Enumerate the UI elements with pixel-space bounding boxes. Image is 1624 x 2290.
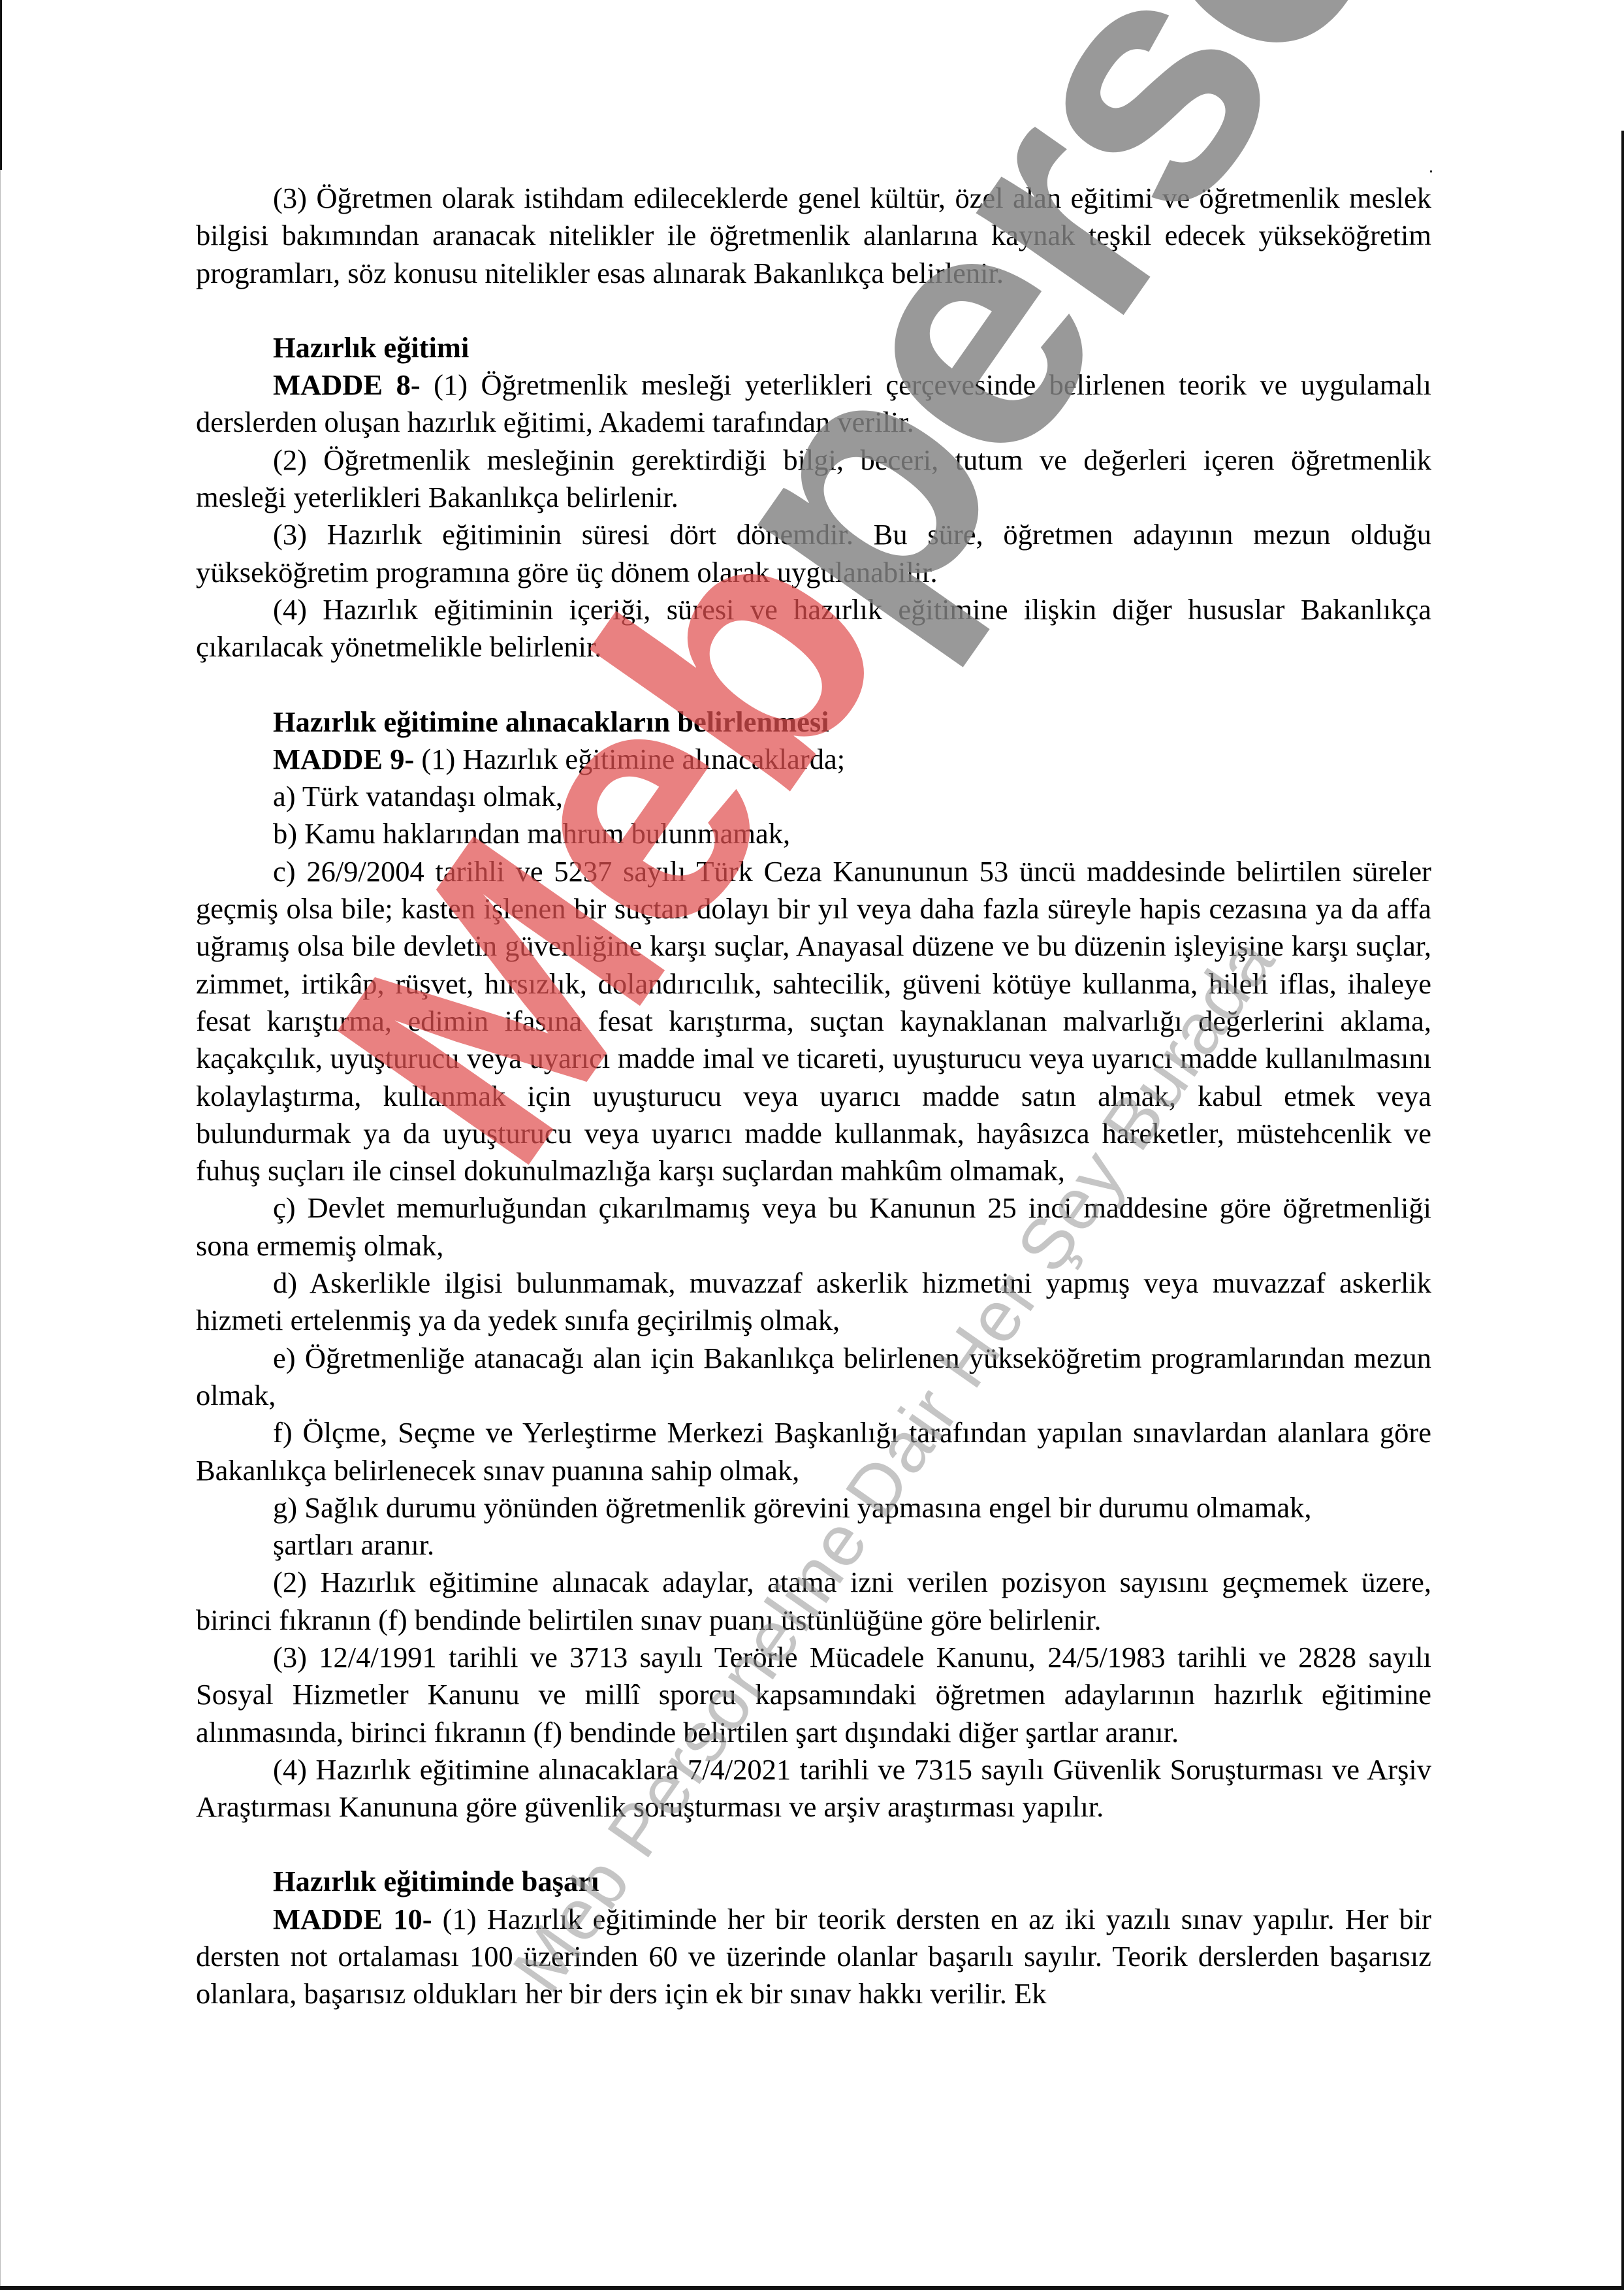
article-8-paragraph-1: MADDE 8- (1) Öğretmenlik mesleği yeterli… xyxy=(196,366,1431,442)
list-item-c: c) 26/9/2004 tarihli ve 5237 sayılı Türk… xyxy=(196,853,1431,1190)
document-body: (3) Öğretmen olarak istihdam edilecekler… xyxy=(196,180,1431,2013)
document-page: (3) Öğretmen olarak istihdam edilecekler… xyxy=(0,0,1624,2290)
list-item-f: f) Ölçme, Seçme ve Yerleştirme Merkezi B… xyxy=(196,1414,1431,1489)
article-9-paragraph-2: (2) Hazırlık eğitimine alınacak adaylar,… xyxy=(196,1564,1431,1639)
article-10-label: MADDE 10- xyxy=(273,1903,432,1935)
article-9-paragraph-4: (4) Hazırlık eğitimine alınacaklara 7/4/… xyxy=(196,1751,1431,1826)
article-8-paragraph-2: (2) Öğretmenlik mesleğinin gerektirdiği … xyxy=(196,442,1431,517)
scan-edge-left xyxy=(0,0,2,170)
article-10-heading: Hazırlık eğitiminde başarı xyxy=(196,1863,1431,1900)
list-item-g: g) Sağlık durumu yönünden öğretmenlik gö… xyxy=(196,1489,1431,1526)
article-8: Hazırlık eğitimi MADDE 8- (1) Öğretmenli… xyxy=(196,329,1431,666)
article-10-paragraph-1: MADDE 10- (1) Hazırlık eğitiminde her bi… xyxy=(196,1901,1431,2013)
list-closing: şartları aranır. xyxy=(196,1526,1431,1564)
scan-edge-left-thin xyxy=(0,170,1,2286)
article-9-text-1: (1) Hazırlık eğitimine alınacaklarda; xyxy=(421,743,845,775)
list-item-e: e) Öğretmenliğe atanacağı alan için Baka… xyxy=(196,1340,1431,1415)
article-10: Hazırlık eğitiminde başarı MADDE 10- (1)… xyxy=(196,1863,1431,2012)
scan-edge-right xyxy=(1621,131,1624,2287)
article-8-label: MADDE 8- xyxy=(273,368,421,401)
article-9-paragraph-3: (3) 12/4/1991 tarihli ve 3713 sayılı Ter… xyxy=(196,1639,1431,1751)
list-item-d: d) Askerlikle ilgisi bulunmamak, muvazza… xyxy=(196,1265,1431,1340)
list-item-b: b) Kamu haklarından mahrum bulunmamak, xyxy=(196,815,1431,852)
article-9-paragraph-1: MADDE 9- (1) Hazırlık eğitimine alınacak… xyxy=(196,741,1431,778)
article-8-paragraph-3: (3) Hazırlık eğitiminin süresi dört döne… xyxy=(196,516,1431,591)
article-9-label: MADDE 9- xyxy=(273,743,414,775)
article-8-paragraph-4: (4) Hazırlık eğitiminin içeriği, süresi … xyxy=(196,591,1431,666)
article-9: Hazırlık eğitimine alınacakların belirle… xyxy=(196,703,1431,1826)
list-item-cedilla-c: ç) Devlet memurluğundan çıkarılmamış vey… xyxy=(196,1189,1431,1265)
list-item-a: a) Türk vatandaşı olmak, xyxy=(196,778,1431,815)
scan-edge-bottom xyxy=(0,2286,1624,2290)
scan-speck xyxy=(1430,170,1432,172)
intro-paragraph: (3) Öğretmen olarak istihdam edilecekler… xyxy=(196,180,1431,292)
article-9-heading: Hazırlık eğitimine alınacakların belirle… xyxy=(196,703,1431,741)
article-8-heading: Hazırlık eğitimi xyxy=(196,329,1431,366)
